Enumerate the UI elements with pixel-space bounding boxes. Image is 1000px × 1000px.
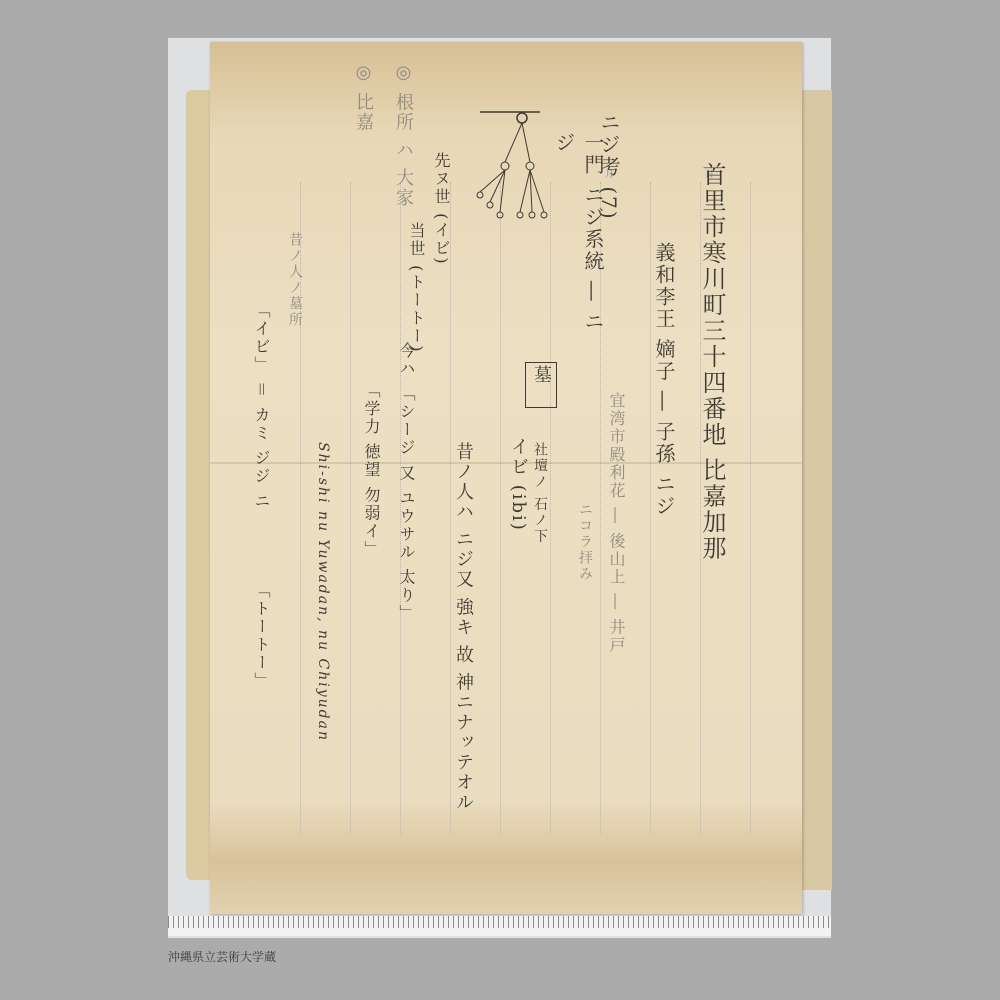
pencil-nedokoro: ◎ 根所 ハ 大家 (390, 62, 416, 222)
family-tree-diagram (470, 102, 550, 252)
pencil-ancestors-grave: 昔ノ人ノ墓所 (285, 232, 305, 782)
notebook-page: 月 日 首里市寒川町三十四番地 比嘉加那 義和李王 嫡子 ― 子孫 ニジ 宜湾市… (210, 42, 802, 914)
pencil-note-place: 宜湾市殿利花 ― 後山上 ― 井戸 (605, 392, 628, 752)
tomb-label: 墓 (525, 362, 557, 408)
handwritten-address: 首里市寒川町三十四番地 比嘉加那 (695, 162, 730, 702)
present-note: 今ハ 「シージ 又 ユウサル 太り」 (395, 342, 418, 662)
virtue-note: 「学力 徳望 勿弱イ」 (360, 382, 383, 662)
ibi-label: イビ (ibi) (505, 437, 531, 577)
back-page-edge (800, 90, 832, 890)
toto-note: 「トートー」 (250, 582, 273, 702)
pencil-note-prayer: ニコラ拝み (575, 502, 595, 802)
lineage-heading: 一門 ニジ系統 ― ニジ (550, 132, 608, 352)
romanized-note: Shi-shi nu Yuwadan, nu Chiyudan (315, 442, 331, 772)
past-world-note: 先ヌ世 (イビ) (430, 152, 453, 282)
ancestors-note: 昔ノ人ハ ニジ又 強キ 故 神ニナッテオル (450, 442, 476, 842)
collection-caption: 沖縄県立芸術大学蔵 (168, 948, 276, 965)
present-world-note: 当世 (トートー) (405, 222, 428, 372)
shrine-note: 社壇ノ 石ノ下 (530, 442, 550, 642)
pencil-higa: ◎ 比嘉 (350, 62, 376, 182)
ibi-kami-note: 「イビ」 ＝ カミ ジジ ニ (250, 302, 273, 562)
handwritten-lineage: 義和李王 嫡子 ― 子孫 ニジ (650, 242, 679, 622)
measurement-scale (168, 916, 831, 936)
